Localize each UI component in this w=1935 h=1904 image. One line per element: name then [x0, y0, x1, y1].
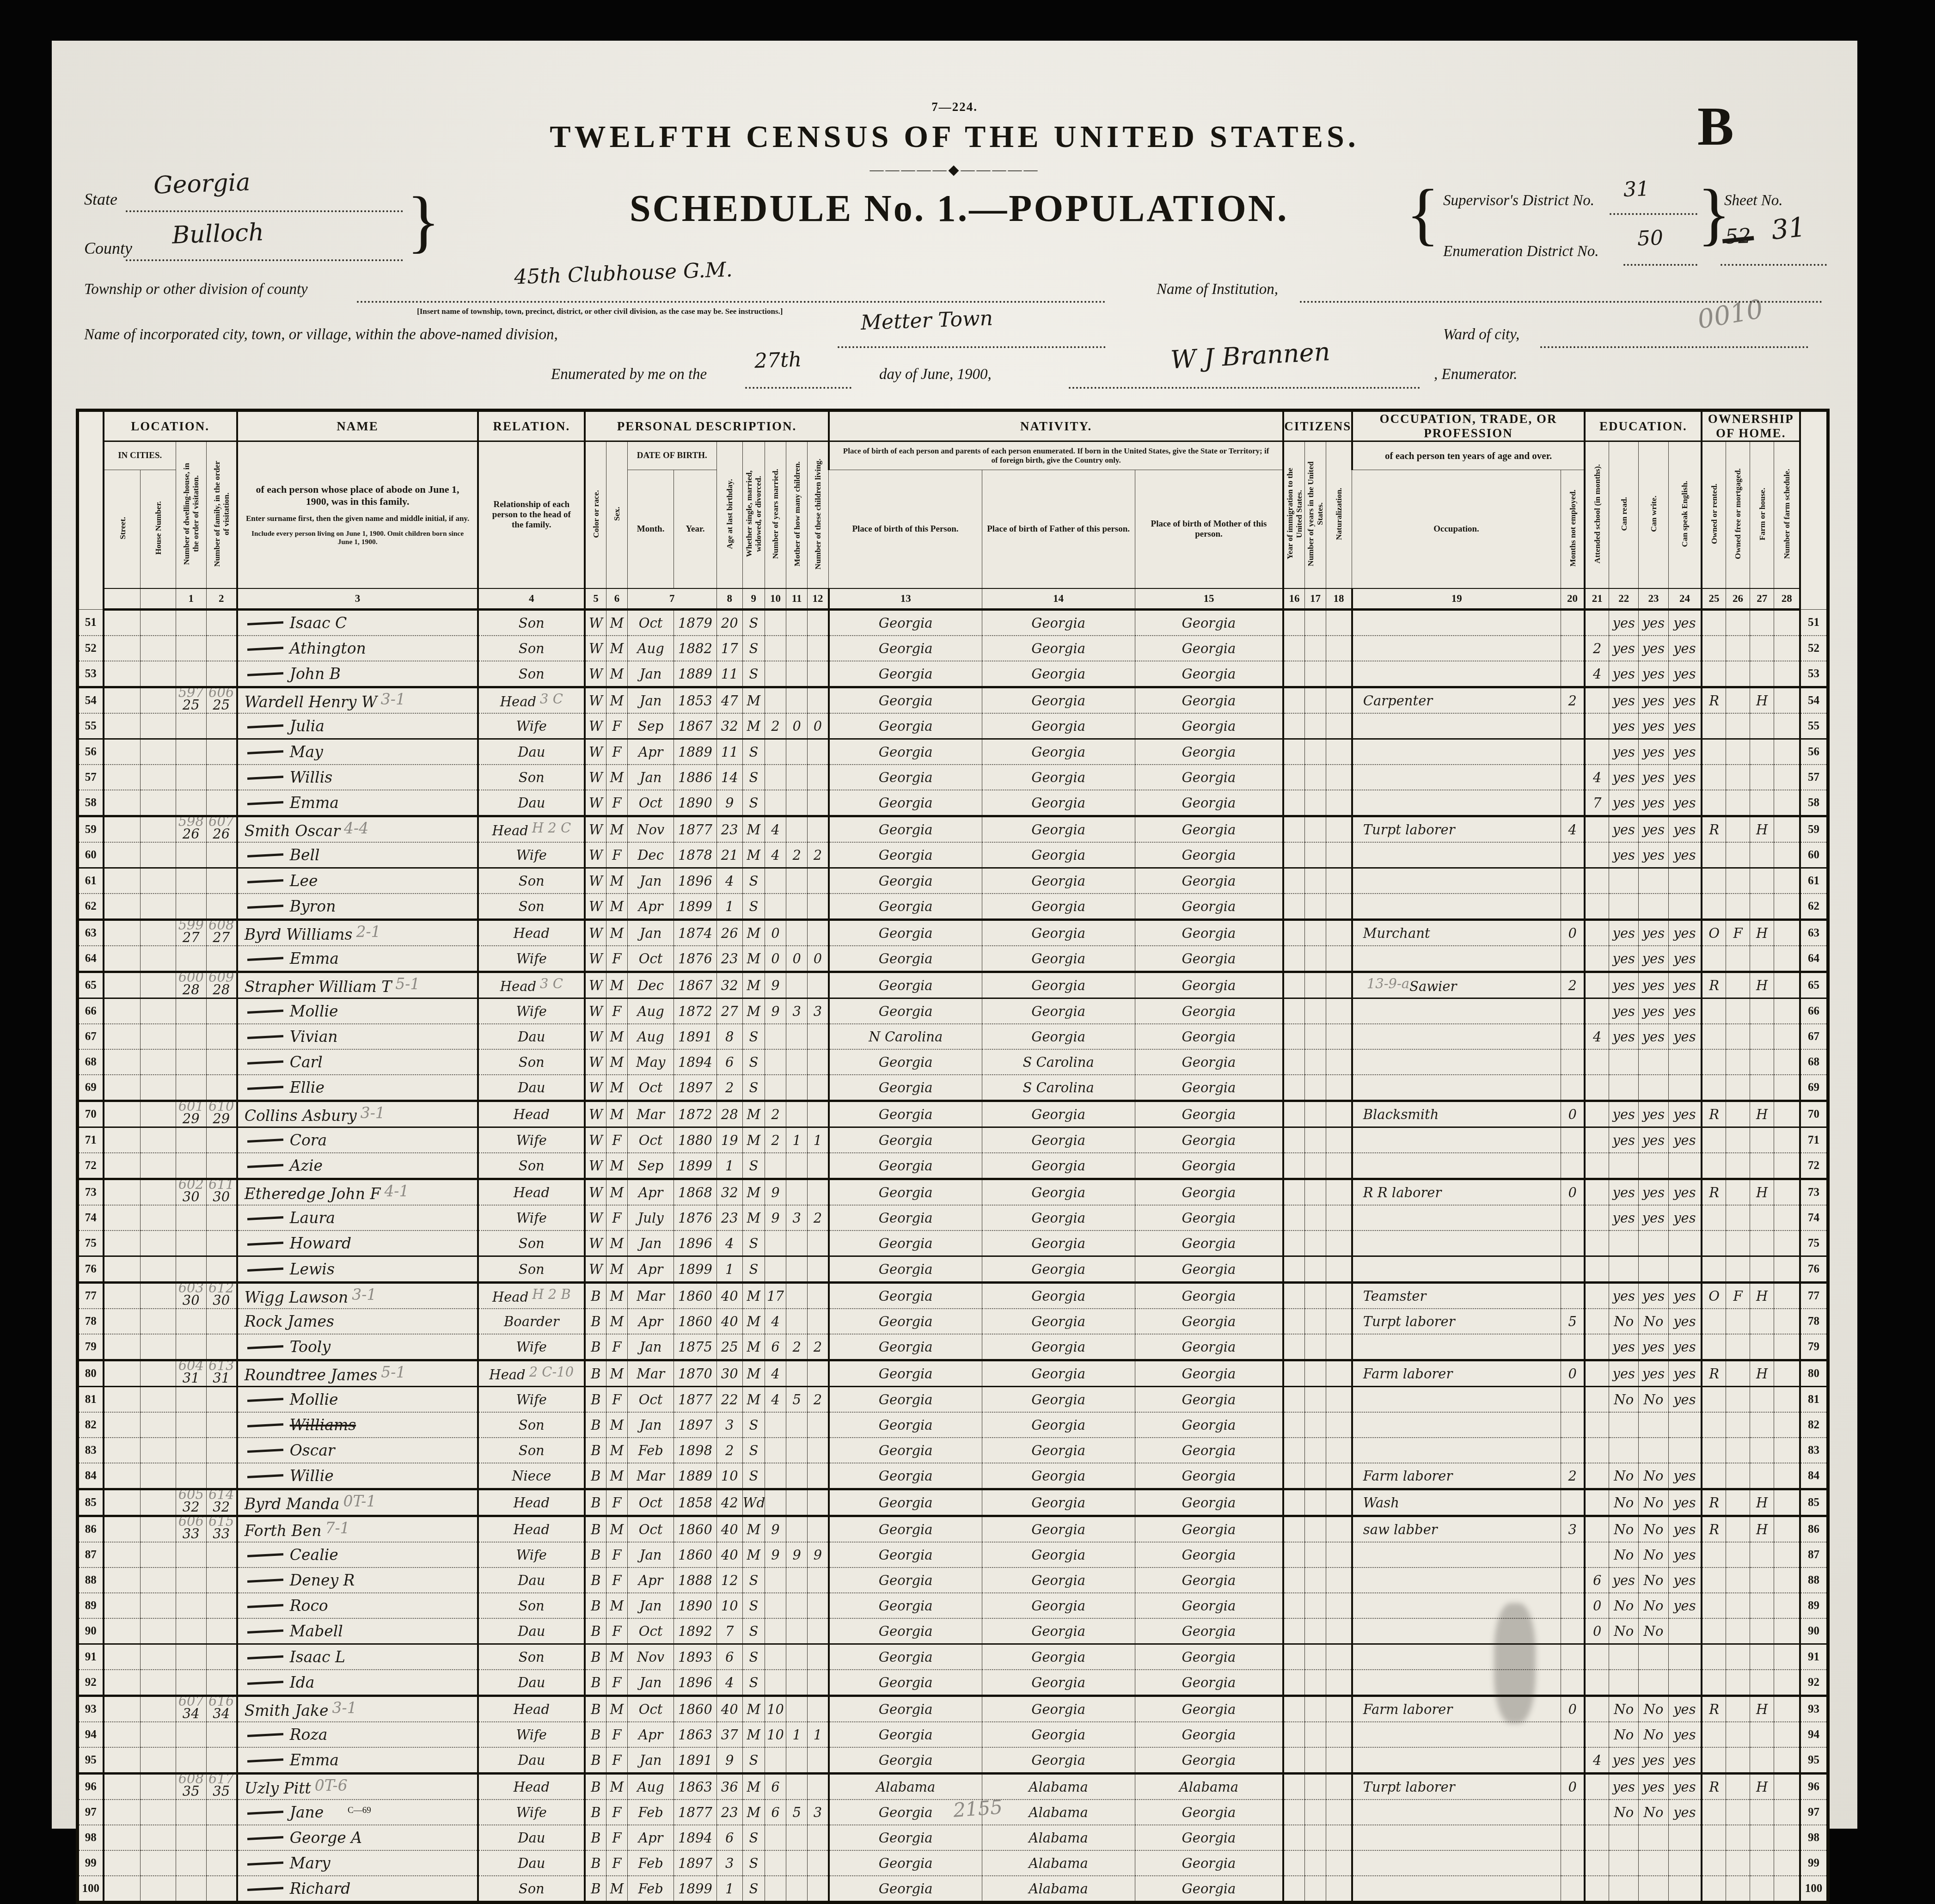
- cell-bm: Jan: [627, 1231, 674, 1256]
- cell-p3: Georgia: [1135, 1101, 1283, 1127]
- cell-d: [176, 1075, 206, 1101]
- cell-mne: [1561, 765, 1585, 790]
- cell-name: Smith Oscar4-4: [237, 816, 478, 843]
- pencil-annotation: 2-1: [356, 923, 380, 941]
- cell-rel: Wife: [478, 1722, 585, 1747]
- cell-p3: Georgia: [1135, 998, 1283, 1024]
- cell-nat: [1326, 1463, 1352, 1489]
- cell-rd: No: [1609, 1387, 1639, 1413]
- cell-by: 1891: [674, 1024, 716, 1049]
- cell-own: [1702, 713, 1726, 739]
- cell-s: F: [606, 790, 627, 816]
- cell-s: M: [606, 1360, 627, 1387]
- cell-m: S: [742, 1593, 765, 1618]
- cell-bm: Jan: [627, 1670, 674, 1696]
- cell-ym: [765, 1489, 786, 1516]
- cell-yus: [1304, 920, 1326, 946]
- cell-yus: [1304, 1127, 1326, 1153]
- cell-by: 1876: [674, 1205, 716, 1231]
- cell-ym: 10: [765, 1696, 786, 1722]
- cell-by: 1888: [674, 1567, 716, 1593]
- cell-d: [176, 1334, 206, 1360]
- cell-fh: [1750, 1670, 1774, 1696]
- cell-p2: Georgia: [982, 1334, 1135, 1360]
- ditto-dash: [247, 724, 283, 729]
- enumerated-day: 27th: [754, 348, 802, 373]
- cell-ym: [765, 1463, 786, 1489]
- cell-p1: Georgia: [829, 1205, 982, 1231]
- cell-rd: yes: [1609, 765, 1639, 790]
- cell-own: [1702, 1567, 1726, 1593]
- ditto-dash: [247, 1655, 283, 1659]
- cell-bm: Aug: [627, 1774, 674, 1800]
- cell-rel: Head3 C: [478, 972, 585, 998]
- cell-p2: Georgia: [982, 1516, 1135, 1543]
- cell-bm: Jan: [627, 1542, 674, 1567]
- cell-nat: [1326, 1696, 1352, 1722]
- ditto-dash: [247, 1216, 283, 1220]
- cell-rd: [1609, 1075, 1639, 1101]
- row-number-right: 55: [1800, 713, 1828, 739]
- cell-c: B: [585, 1722, 606, 1747]
- cell-nat: [1326, 713, 1352, 739]
- cell-sch: [1585, 1463, 1609, 1489]
- cell-f: [206, 636, 237, 661]
- cell-fs: [1774, 1360, 1800, 1387]
- colnum-5: 5: [585, 588, 606, 610]
- ditto-dash: [247, 1035, 283, 1039]
- table-row: 99MaryDauBFFeb18973SGeorgiaAlabamaGeorgi…: [78, 1850, 1828, 1866]
- cell-sch: [1585, 946, 1609, 972]
- cell-f: 61230: [206, 1283, 237, 1309]
- col-months-not-employed: Months not employed.: [1561, 470, 1585, 589]
- row-number-left: 70: [78, 1101, 104, 1127]
- cell-house: [141, 636, 176, 661]
- cell-rel: Dau: [478, 1075, 585, 1101]
- cell-by: 1890: [674, 790, 716, 816]
- cell-m: S: [742, 1670, 765, 1696]
- cell-fh: [1750, 946, 1774, 972]
- cell-s: F: [606, 1334, 627, 1360]
- cell-bm: Apr: [627, 1825, 674, 1850]
- cell-mne: [1561, 1670, 1585, 1696]
- cell-bm: Feb: [627, 1438, 674, 1463]
- cell-house: [141, 816, 176, 843]
- cell-f: [206, 1722, 237, 1747]
- cell-yus: [1304, 1850, 1326, 1866]
- table-row: 61LeeSonWMJan18964SGeorgiaGeorgiaGeorgia…: [78, 868, 1828, 894]
- cell-fh: [1750, 610, 1774, 636]
- cell-f: [206, 1542, 237, 1567]
- cell-yus: [1304, 1412, 1326, 1438]
- cell-imm: [1283, 739, 1304, 765]
- cell-mo: 3: [786, 1205, 808, 1231]
- cell-sch: [1585, 713, 1609, 739]
- cell-cl: [808, 1825, 829, 1850]
- sheet-rule: [1721, 263, 1827, 266]
- cell-age: 40: [716, 1309, 742, 1334]
- colnum-25: 25: [1702, 588, 1726, 610]
- cell-f: [206, 1618, 237, 1644]
- ditto-dash: [247, 1139, 283, 1143]
- cell-f: [206, 946, 237, 972]
- supervisor-rule: [1610, 213, 1697, 215]
- cell-mo: [786, 1774, 808, 1800]
- cell-occ: [1352, 1412, 1561, 1438]
- cell-nat: [1326, 1850, 1352, 1866]
- cell-house: [141, 972, 176, 998]
- cell-f: [206, 1387, 237, 1413]
- cell-sp: yes: [1668, 1127, 1702, 1153]
- cell-sp: yes: [1668, 1334, 1702, 1360]
- cell-m: S: [742, 1850, 765, 1866]
- row-number-left: 67: [78, 1024, 104, 1049]
- cell-house: [141, 1670, 176, 1696]
- cell-by: 1889: [674, 739, 716, 765]
- cell-street: [104, 1644, 141, 1670]
- col-farm-schedule: Number of farm schedule.: [1774, 441, 1800, 589]
- table-row: 736023061130Etheredge John F4-1HeadWMApr…: [78, 1179, 1828, 1206]
- colnum-1: 1: [176, 588, 206, 610]
- right-gutter-header: [1800, 410, 1828, 610]
- enumerated-mid: day of June, 1900,: [879, 366, 992, 383]
- cell-imm: [1283, 1825, 1304, 1850]
- cell-d: [176, 1567, 206, 1593]
- cell-m: S: [742, 1024, 765, 1049]
- cell-mne: 0: [1561, 1696, 1585, 1722]
- cell-sp: yes: [1668, 1463, 1702, 1489]
- cell-rd: No: [1609, 1593, 1639, 1618]
- row-number-right: 70: [1800, 1101, 1828, 1127]
- cell-bm: May: [627, 1049, 674, 1075]
- cell-own: R: [1702, 1696, 1726, 1722]
- page-title: TWELFTH CENSUS OF THE UNITED STATES.: [52, 118, 1857, 155]
- cell-mne: [1561, 1747, 1585, 1774]
- cell-name: Carl: [237, 1049, 478, 1075]
- cell-own: [1702, 1205, 1726, 1231]
- pencil-annotation: 5-1: [381, 1363, 405, 1381]
- cell-ym: 6: [765, 1334, 786, 1360]
- cell-fm: F: [1726, 1283, 1750, 1309]
- cell-nat: [1326, 1774, 1352, 1800]
- pencil-annotation: 3 C: [540, 691, 563, 707]
- cell-rel: Son: [478, 1644, 585, 1670]
- cell-fm: [1726, 1412, 1750, 1438]
- cell-p3: Georgia: [1135, 1463, 1283, 1489]
- cell-sch: [1585, 894, 1609, 920]
- table-row: 60BellWifeWFDec187821M422GeorgiaGeorgiaG…: [78, 842, 1828, 868]
- cell-fh: [1750, 1593, 1774, 1618]
- cell-p3: Georgia: [1135, 1075, 1283, 1101]
- cell-cl: [808, 1747, 829, 1774]
- cell-by: 1860: [674, 1283, 716, 1309]
- cell-occ: [1352, 868, 1561, 894]
- cell-street: [104, 636, 141, 661]
- cell-m: S: [742, 1231, 765, 1256]
- ditto-dash: [247, 1423, 283, 1427]
- cell-street: [104, 998, 141, 1024]
- colnum-23: 23: [1639, 588, 1668, 610]
- cell-bm: Dec: [627, 972, 674, 998]
- cell-sp: yes: [1668, 739, 1702, 765]
- cell-age: 26: [716, 920, 742, 946]
- colnum-16: 16: [1283, 588, 1304, 610]
- ditto-dash: [247, 853, 283, 857]
- cell-fm: [1726, 739, 1750, 765]
- table-row: 79ToolyWifeBFJan187525M622GeorgiaGeorgia…: [78, 1334, 1828, 1360]
- cell-bm: Oct: [627, 790, 674, 816]
- cell-rd: yes: [1609, 842, 1639, 868]
- cell-p1: Georgia: [829, 765, 982, 790]
- cell-yus: [1304, 842, 1326, 868]
- cell-rd: yes: [1609, 1747, 1639, 1774]
- cell-cl: [808, 1618, 829, 1644]
- cell-bm: Apr: [627, 1309, 674, 1334]
- cell-house: [141, 1283, 176, 1309]
- pencil-annotation: 7-1: [325, 1519, 349, 1537]
- cell-fh: [1750, 1334, 1774, 1360]
- cell-sp: yes: [1668, 790, 1702, 816]
- cell-p1: Georgia: [829, 1101, 982, 1127]
- cell-d: [176, 661, 206, 687]
- row-number-right: 71: [1800, 1127, 1828, 1153]
- cell-d: [176, 1618, 206, 1644]
- cell-nat: [1326, 1153, 1352, 1179]
- cell-street: [104, 1387, 141, 1413]
- cell-d: [176, 1387, 206, 1413]
- cell-fh: [1750, 739, 1774, 765]
- row-number-left: 76: [78, 1256, 104, 1283]
- cell-yus: [1304, 1049, 1326, 1075]
- cell-name: Byron: [237, 894, 478, 920]
- cell-wr: yes: [1639, 842, 1668, 868]
- cell-sp: yes: [1668, 1567, 1702, 1593]
- cell-fs: [1774, 998, 1800, 1024]
- cell-cl: [808, 636, 829, 661]
- county-label: County: [84, 239, 132, 258]
- cell-by: 1860: [674, 1542, 716, 1567]
- cell-d: [176, 1231, 206, 1256]
- cell-mo: [786, 1075, 808, 1101]
- cell-by: 1897: [674, 1075, 716, 1101]
- cell-name: George A: [237, 1825, 478, 1850]
- cell-own: R: [1702, 972, 1726, 998]
- cell-sch: [1585, 1283, 1609, 1309]
- cell-rel: Son: [478, 765, 585, 790]
- cell-occ: [1352, 894, 1561, 920]
- cell-c: W: [585, 816, 606, 843]
- cell-nat: [1326, 739, 1352, 765]
- cell-mo: 1: [786, 1127, 808, 1153]
- cell-f: [206, 1670, 237, 1696]
- cell-rd: [1609, 1670, 1639, 1696]
- cell-imm: [1283, 894, 1304, 920]
- cell-mne: [1561, 1412, 1585, 1438]
- cell-imm: [1283, 920, 1304, 946]
- cell-m: M: [742, 1542, 765, 1567]
- cell-by: 1867: [674, 713, 716, 739]
- cell-nat: [1326, 1644, 1352, 1670]
- cell-fm: [1726, 790, 1750, 816]
- cell-ym: [765, 894, 786, 920]
- colnum-18: 18: [1326, 588, 1352, 610]
- cell-age: 28: [716, 1101, 742, 1127]
- cell-imm: [1283, 1231, 1304, 1256]
- cell-c: B: [585, 1593, 606, 1618]
- enumerator-value: W J Brannen: [1170, 337, 1331, 374]
- col-color-race: Color or race.: [585, 441, 606, 589]
- cell-sch: [1585, 868, 1609, 894]
- cell-fm: [1726, 1489, 1750, 1516]
- row-number-left: 66: [78, 998, 104, 1024]
- cell-bm: Jan: [627, 920, 674, 946]
- cell-mne: [1561, 1542, 1585, 1567]
- cell-c: B: [585, 1360, 606, 1387]
- cell-name: Lee: [237, 868, 478, 894]
- cell-mne: [1561, 1825, 1585, 1850]
- cell-fh: [1750, 636, 1774, 661]
- colnum-20: 20: [1561, 588, 1585, 610]
- cell-ym: 9: [765, 1516, 786, 1543]
- cell-f: [206, 894, 237, 920]
- cell-ym: 9: [765, 1179, 786, 1206]
- cell-sch: [1585, 1049, 1609, 1075]
- cell-rel: Dau: [478, 1618, 585, 1644]
- cell-p1: Georgia: [829, 713, 982, 739]
- cell-s: M: [606, 1412, 627, 1438]
- pencil-annotation: 3-1: [332, 1699, 357, 1717]
- cell-p3: Georgia: [1135, 765, 1283, 790]
- cell-name: Roco: [237, 1593, 478, 1618]
- cell-bm: Jan: [627, 661, 674, 687]
- cell-fm: [1726, 1670, 1750, 1696]
- cell-mne: [1561, 790, 1585, 816]
- table-row: 67VivianDauWMAug18918SN CarolinaGeorgiaG…: [78, 1024, 1828, 1049]
- cell-mo: [786, 1489, 808, 1516]
- cell-own: [1702, 790, 1726, 816]
- cell-rd: yes: [1609, 1127, 1639, 1153]
- cell-yus: [1304, 790, 1326, 816]
- cell-s: F: [606, 1825, 627, 1850]
- cell-fm: [1726, 946, 1750, 972]
- cell-c: W: [585, 636, 606, 661]
- cell-bm: Apr: [627, 1722, 674, 1747]
- cell-nat: [1326, 894, 1352, 920]
- cell-ym: 4: [765, 1309, 786, 1334]
- sheet-label: Sheet No.: [1724, 192, 1782, 209]
- cell-p3: Georgia: [1135, 1800, 1283, 1825]
- cell-nat: [1326, 1309, 1352, 1334]
- ditto-dash: [247, 1733, 283, 1737]
- cell-fh: H: [1750, 816, 1774, 843]
- cell-f: [206, 1231, 237, 1256]
- cell-wr: No: [1639, 1800, 1668, 1825]
- cell-fs: [1774, 1618, 1800, 1644]
- cell-own: [1702, 610, 1726, 636]
- cell-mo: [786, 687, 808, 714]
- cell-mo: [786, 868, 808, 894]
- cell-sch: [1585, 1360, 1609, 1387]
- cell-fm: [1726, 1360, 1750, 1387]
- cell-imm: [1283, 1024, 1304, 1049]
- cell-fh: [1750, 894, 1774, 920]
- cell-fs: [1774, 1850, 1800, 1866]
- cell-fh: [1750, 1075, 1774, 1101]
- cell-sp: [1668, 1670, 1702, 1696]
- cell-s: M: [606, 1049, 627, 1075]
- cell-nat: [1326, 1670, 1352, 1696]
- cell-f: [206, 842, 237, 868]
- cell-street: [104, 1489, 141, 1516]
- cell-rel: Head: [478, 1179, 585, 1206]
- cell-imm: [1283, 1049, 1304, 1075]
- cell-age: 1: [716, 1153, 742, 1179]
- cell-mne: 0: [1561, 920, 1585, 946]
- cell-p1: Georgia: [829, 1463, 982, 1489]
- cell-own: R: [1702, 1516, 1726, 1543]
- cell-by: 1874: [674, 920, 716, 946]
- cell-m: S: [742, 1644, 765, 1670]
- footer-form-code: C—69: [348, 1806, 371, 1816]
- cell-p3: Georgia: [1135, 1309, 1283, 1334]
- cell-fm: [1726, 1850, 1750, 1866]
- col-pob-mother: Place of birth of Mother of this person.: [1135, 470, 1283, 589]
- cell-fs: [1774, 816, 1800, 843]
- cell-fm: [1726, 1049, 1750, 1075]
- row-number-right: 89: [1800, 1593, 1828, 1618]
- cell-name: Mollie: [237, 998, 478, 1024]
- cell-bm: Jan: [627, 687, 674, 714]
- cell-rd: [1609, 1412, 1639, 1438]
- cell-d: 59826: [176, 816, 206, 843]
- cell-street: [104, 687, 141, 714]
- cell-own: R: [1702, 1360, 1726, 1387]
- cell-sch: [1585, 1800, 1609, 1825]
- cell-p2: Georgia: [982, 1696, 1135, 1722]
- cell-rd: [1609, 1438, 1639, 1463]
- cell-street: [104, 1412, 141, 1438]
- cell-fs: [1774, 1438, 1800, 1463]
- cell-sp: yes: [1668, 713, 1702, 739]
- cell-p2: Georgia: [982, 1360, 1135, 1387]
- cell-sch: [1585, 1722, 1609, 1747]
- cell-rd: yes: [1609, 1567, 1639, 1593]
- cell-yus: [1304, 636, 1326, 661]
- cell-nat: [1326, 1516, 1352, 1543]
- cell-c: W: [585, 1101, 606, 1127]
- cell-wr: yes: [1639, 1205, 1668, 1231]
- cell-m: S: [742, 868, 765, 894]
- cell-p2: Georgia: [982, 1283, 1135, 1309]
- cell-yus: [1304, 1024, 1326, 1049]
- cell-bm: Aug: [627, 998, 674, 1024]
- pencil-annotation: 4-1: [384, 1182, 409, 1200]
- table-row: 55JuliaWifeWFSep186732M200GeorgiaGeorgia…: [78, 713, 1828, 739]
- cell-house: [141, 1231, 176, 1256]
- cell-fh: [1750, 1747, 1774, 1774]
- cell-mo: [786, 1412, 808, 1438]
- cell-fs: [1774, 1567, 1800, 1593]
- cell-street: [104, 1463, 141, 1489]
- cell-p1: Georgia: [829, 1309, 982, 1334]
- cell-bm: Oct: [627, 946, 674, 972]
- cell-sch: [1585, 739, 1609, 765]
- cell-street: [104, 842, 141, 868]
- cell-age: 4: [716, 1231, 742, 1256]
- cell-sch: [1585, 1101, 1609, 1127]
- cell-ym: 4: [765, 1360, 786, 1387]
- cell-m: M: [742, 842, 765, 868]
